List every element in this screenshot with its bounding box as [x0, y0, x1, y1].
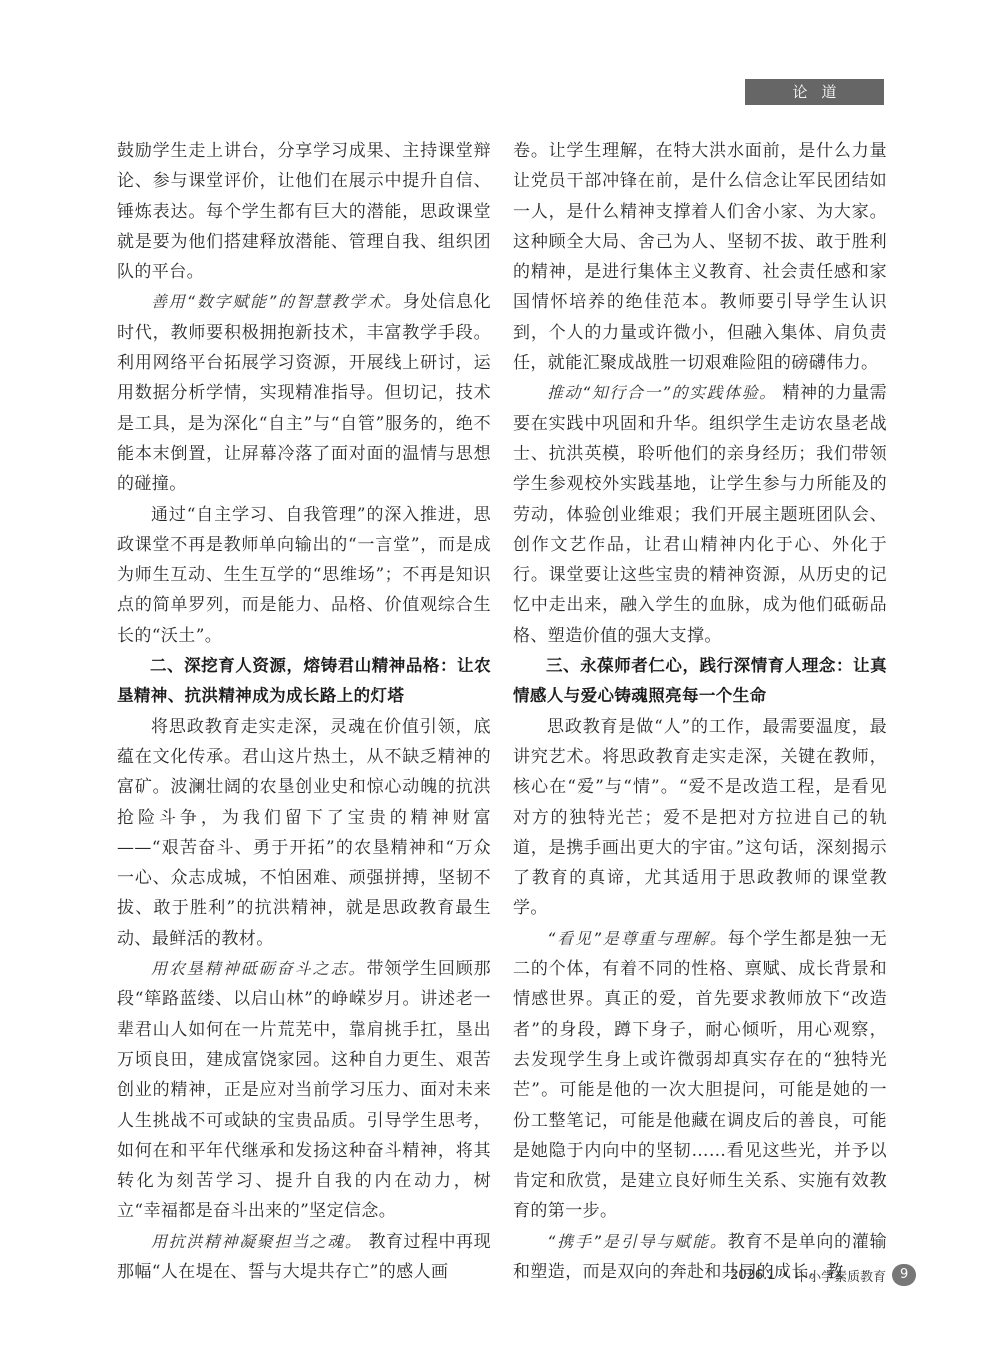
paragraph: 用农垦精神砥砺奋斗之志。带领学生回顾那段“筚路蓝缕、以启山林”的峥嵘岁月。讲述老…: [117, 954, 491, 1227]
paragraph-lead: 善用“数字赋能”的智慧教学术。: [151, 292, 403, 311]
right-column: 卷。让学生理解，在特大洪水面前，是什么力量让党员干部冲锋在前，是什么信念让军民团…: [513, 136, 887, 1287]
paragraph-lead: “携手”是引导与赋能。: [547, 1232, 728, 1251]
paragraph-lead: “看见”是尊重与理解。: [547, 929, 728, 948]
paragraph-lead: 用抗洪精神凝聚担当之魂。: [151, 1232, 363, 1251]
left-column: 鼓励学生走上讲台，分享学习成果、主持课堂辩论、参与课堂评价，让他们在展示中提升自…: [117, 136, 491, 1287]
paragraph: 卷。让学生理解，在特大洪水面前，是什么力量让党员干部冲锋在前，是什么信念让军民团…: [513, 136, 887, 378]
paragraph: 善用“数字赋能”的智慧教学术。身处信息化时代，教师要积极拥抱新技术，丰富教学手段…: [117, 287, 491, 499]
section-heading-2: 二、深挖育人资源，熔铸君山精神品格：让农垦精神、抗洪精神成为成长路上的灯塔: [117, 651, 491, 712]
paragraph: 通过“自主学习、自我管理”的深入推进，思政课堂不再是教师单向输出的“一言堂”，而…: [117, 500, 491, 651]
journal-name: 中小学素质教育: [795, 1266, 886, 1285]
paragraph: 思政教育是做“人”的工作，最需要温度，最讲究艺术。将思政教育走实走深，关键在教师…: [513, 712, 887, 924]
section-tag: 论道: [745, 79, 884, 105]
page-number-badge: 9: [892, 1264, 916, 1286]
paragraph: “看见”是尊重与理解。每个学生都是独一无二的个体，有着不同的性格、禀赋、成长背景…: [513, 924, 887, 1227]
paragraph: 用抗洪精神凝聚担当之魂。 教育过程中再现那幅“人在堤在、誓与大堤共存亡”的感人画: [117, 1227, 491, 1288]
paragraph: 将思政教育走实走深，灵魂在价值引领，底蕴在文化传承。君山这片热土，从不缺乏精神的…: [117, 712, 491, 954]
section-heading-3: 三、永葆师者仁心，践行深情育人理念：让真情感人与爱心铸魂照亮每一个生命: [513, 651, 887, 712]
paragraph-body: 带领学生回顾那段“筚路蓝缕、以启山林”的峥嵘岁月。讲述老一辈君山人如何在一片荒芜…: [117, 959, 491, 1221]
separator-dot: •: [782, 1268, 790, 1283]
paragraph-body: 身处信息化时代，教师要积极拥抱新技术，丰富教学手段。利用网络平台拓展学习资源，开…: [117, 292, 491, 494]
paragraph-lead: 推动“知行合一”的实践体验。: [547, 383, 777, 402]
paragraph-body: 每个学生都是独一无二的个体，有着不同的性格、禀赋、成长背景和情感世界。真正的爱，…: [513, 929, 887, 1222]
paragraph: 鼓励学生走上讲台，分享学习成果、主持课堂辩论、参与课堂评价，让他们在展示中提升自…: [117, 136, 491, 287]
page-footer: 2026.1 • 中小学素质教育 9: [730, 1264, 916, 1286]
paragraph-body: 精神的力量需要在实践中巩固和升华。组织学生走访农垦老战士、抗洪英模，聆听他们的亲…: [513, 383, 887, 645]
paragraph-lead: 用农垦精神砥砺奋斗之志。: [151, 959, 366, 978]
paragraph: 推动“知行合一”的实践体验。 精神的力量需要在实践中巩固和升华。组织学生走访农垦…: [513, 378, 887, 651]
issue-label: 2026.1: [730, 1268, 776, 1283]
